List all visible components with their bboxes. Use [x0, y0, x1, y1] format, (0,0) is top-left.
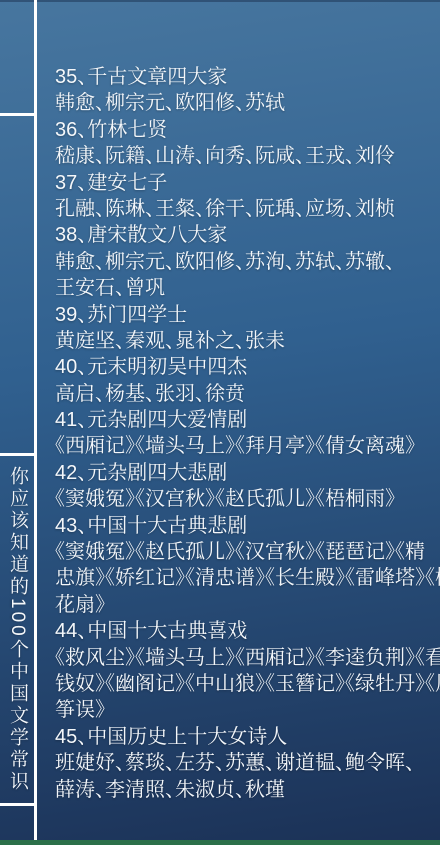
cjk-punct: 、 — [165, 249, 175, 275]
cjk-punct: 《 — [415, 645, 425, 671]
cjk-punct: 《 — [55, 539, 65, 565]
cjk-punct: 《 — [425, 565, 435, 591]
cjk-punct: 《 — [135, 539, 145, 565]
cjk-punct: 、 — [235, 90, 245, 116]
cjk-punct: 、 — [95, 249, 105, 275]
cjk-punct: 》 — [405, 433, 415, 459]
cjk-punct: 、 — [77, 64, 87, 90]
cjk-punct: 《 — [55, 486, 65, 512]
cjk-punct: 《 — [185, 565, 195, 591]
cjk-punct: 、 — [285, 249, 295, 275]
entry-detail-line: 《救风尘》《墙头马上》《西厢记》《李逵负荆》《看 — [55, 645, 437, 671]
cjk-punct: 、 — [95, 381, 105, 407]
cjk-punct: 、 — [195, 143, 205, 169]
series-title-pre: 你应该知道的 — [7, 466, 28, 598]
entry-detail-line: 薛涛、李清照、朱淑贞、秋瑾 — [55, 777, 437, 803]
entry-heading: 38、唐宋散文八大家 — [55, 222, 437, 248]
cjk-punct: 、 — [115, 328, 125, 354]
cjk-punct: 、 — [335, 750, 345, 776]
cjk-punct: 、 — [385, 249, 395, 275]
cjk-punct: 、 — [235, 777, 245, 803]
sidebar-divider-top — [0, 113, 34, 116]
entry-heading: 35、千古文章四大家 — [55, 64, 437, 90]
cjk-punct: 、 — [77, 460, 87, 486]
entry-heading: 45、中国历史上十大女诗人 — [55, 724, 437, 750]
entry-detail-line: 王安石、曾巩 — [55, 275, 437, 301]
cjk-punct: 《 — [345, 565, 355, 591]
sidebar-separator-line — [34, 0, 37, 840]
entry-heading: 39、苏门四学士 — [55, 302, 437, 328]
entry-heading: 36、竹林七贤 — [55, 117, 437, 143]
cjk-punct: 、 — [295, 196, 305, 222]
cjk-punct: 《 — [135, 433, 145, 459]
cjk-punct: 、 — [235, 328, 245, 354]
cjk-punct: 、 — [77, 618, 87, 644]
entry-detail-line: 钱奴》《幽阁记》《中山狼》《玉簪记》《绿牡丹》《风 — [55, 671, 437, 697]
series-title-number: 100 — [7, 598, 28, 639]
list-entry: 41、元杂剧四大爱情剧 《西厢记》《墙头马上》《拜月亭》《倩女离魂》 — [55, 407, 437, 460]
cjk-punct: 《 — [55, 645, 65, 671]
cjk-punct: 、 — [195, 381, 205, 407]
sidebar-divider-mid — [0, 453, 34, 456]
entry-heading: 43、中国十大古典悲剧 — [55, 513, 437, 539]
entry-detail-line: 花扇》 — [55, 592, 437, 618]
list-entry: 38、唐宋散文八大家 韩愈、柳宗元、欧阳修、苏洵、苏轼、苏辙、王安石、曾巩 — [55, 222, 437, 301]
cjk-punct: 《 — [135, 645, 145, 671]
entry-heading: 42、元杂剧四大悲剧 — [55, 460, 437, 486]
list-entry: 35、千古文章四大家 韩愈、柳宗元、欧阳修、苏轼 — [55, 64, 437, 117]
entry-detail-line: 孔融、陈琳、王粲、徐干、阮瑀、应场、刘桢 — [55, 196, 437, 222]
cjk-punct: 、 — [215, 750, 225, 776]
list-entry: 40、元末明初吴中四杰 高启、杨基、张羽、徐贲 — [55, 354, 437, 407]
cjk-punct: 》 — [95, 592, 105, 618]
entry-detail-line: 韩愈、柳宗元、欧阳修、苏轼 — [55, 90, 437, 116]
cjk-punct: 、 — [95, 90, 105, 116]
cjk-punct: 《 — [135, 486, 145, 512]
cjk-punct: 、 — [295, 143, 305, 169]
entry-detail-line: 嵇康、阮籍、山涛、向秀、阮咸、王戎、刘伶 — [55, 143, 437, 169]
cjk-punct: 《 — [105, 565, 115, 591]
cjk-punct: 、 — [165, 777, 175, 803]
cjk-punct: 、 — [195, 196, 205, 222]
cjk-punct: 、 — [245, 143, 255, 169]
bottom-accent-bar — [0, 840, 440, 845]
list-entry: 39、苏门四学士 黄庭坚、秦观、晁补之、张耒 — [55, 302, 437, 355]
cjk-punct: 、 — [115, 750, 125, 776]
cjk-punct: 、 — [335, 249, 345, 275]
entry-detail-line: 忠旗》《娇红记》《清忠谱》《长生殿》《雷峰塔》《桃 — [55, 565, 437, 591]
cjk-punct: 《 — [55, 433, 65, 459]
cjk-punct: 、 — [165, 328, 175, 354]
cjk-punct: 、 — [77, 407, 87, 433]
entry-heading: 41、元杂剧四大爱情剧 — [55, 407, 437, 433]
cjk-punct: 《 — [425, 671, 435, 697]
cjk-punct: 《 — [235, 645, 245, 671]
cjk-punct: 、 — [405, 750, 415, 776]
entry-heading: 44、中国十大古典喜戏 — [55, 618, 437, 644]
cjk-punct: 、 — [245, 196, 255, 222]
entry-heading: 40、元末明初吴中四杰 — [55, 354, 437, 380]
cjk-punct: 、 — [235, 249, 245, 275]
cjk-punct: 、 — [95, 143, 105, 169]
cjk-punct: 、 — [77, 302, 87, 328]
entry-detail-line: 筝误》 — [55, 697, 437, 723]
cjk-punct: 《 — [395, 539, 405, 565]
series-title-post: 个中国文学常识 — [7, 639, 28, 793]
entry-detail-line: 黄庭坚、秦观、晁补之、张耒 — [55, 328, 437, 354]
entry-detail-line: 《窦娥冤》《汉宫秋》《赵氏孤儿》《梧桐雨》 — [55, 486, 437, 512]
cjk-punct: 《 — [315, 433, 325, 459]
cjk-punct: 、 — [165, 750, 175, 776]
cjk-punct: 》 — [385, 486, 395, 512]
literature-facts-infographic: 你应该知道的100个中国文学常识 35、千古文章四大家 韩愈、柳宗元、欧阳修、苏… — [0, 0, 440, 845]
entry-heading: 37、建安七子 — [55, 170, 437, 196]
list-entry: 43、中国十大古典悲剧 《窦娥冤》《赵氏孤儿》《汉宫秋》《琵琶记》《精忠旗》《娇… — [55, 513, 437, 619]
entry-detail-line: 班婕妤、蔡琰、左芬、苏蕙、谢道韫、鲍令晖、 — [55, 750, 437, 776]
cjk-punct: 《 — [345, 671, 355, 697]
cjk-punct: 《 — [315, 539, 325, 565]
list-entry: 45、中国历史上十大女诗人 班婕妤、蔡琰、左芬、苏蕙、谢道韫、鲍令晖、薛涛、李清… — [55, 724, 437, 803]
cjk-punct: 、 — [115, 275, 125, 301]
fact-list: 35、千古文章四大家 韩愈、柳宗元、欧阳修、苏轼 36、竹林七贤 嵇康、阮籍、山… — [55, 64, 437, 803]
top-edge — [0, 0, 440, 2]
entry-detail-line: 《窦娥冤》《赵氏孤儿》《汉宫秋》《琵琶记》《精 — [55, 539, 437, 565]
cjk-punct: 《 — [235, 539, 245, 565]
cjk-punct: 、 — [77, 354, 87, 380]
cjk-punct: 、 — [95, 777, 105, 803]
entry-detail-line: 韩愈、柳宗元、欧阳修、苏洵、苏轼、苏辙、 — [55, 249, 437, 275]
cjk-punct: 、 — [77, 513, 87, 539]
cjk-punct: 、 — [77, 170, 87, 196]
cjk-punct: 、 — [345, 196, 355, 222]
cjk-punct: 、 — [77, 724, 87, 750]
cjk-punct: 、 — [95, 196, 105, 222]
list-entry: 44、中国十大古典喜戏 《救风尘》《墙头马上》《西厢记》《李逵负荆》《看钱奴》《… — [55, 618, 437, 724]
cjk-punct: 、 — [265, 750, 275, 776]
cjk-punct: 《 — [235, 433, 245, 459]
series-title-vertical: 你应该知道的100个中国文学常识 — [0, 457, 34, 802]
cjk-punct: 《 — [265, 565, 275, 591]
list-entry: 36、竹林七贤 嵇康、阮籍、山涛、向秀、阮咸、王戎、刘伶 — [55, 117, 437, 170]
cjk-punct: 《 — [315, 645, 325, 671]
cjk-punct: 《 — [315, 486, 325, 512]
sidebar-divider-bottom — [0, 803, 34, 806]
cjk-punct: 《 — [215, 486, 225, 512]
cjk-punct: 、 — [165, 90, 175, 116]
cjk-punct: 《 — [265, 671, 275, 697]
cjk-punct: 、 — [145, 381, 155, 407]
cjk-punct: 、 — [145, 196, 155, 222]
list-entry: 42、元杂剧四大悲剧 《窦娥冤》《汉宫秋》《赵氏孤儿》《梧桐雨》 — [55, 460, 437, 513]
cjk-punct: 》 — [95, 697, 105, 723]
cjk-punct: 《 — [185, 671, 195, 697]
cjk-punct: 、 — [77, 117, 87, 143]
cjk-punct: 、 — [345, 143, 355, 169]
cjk-punct: 、 — [77, 222, 87, 248]
cjk-punct: 、 — [145, 143, 155, 169]
entry-detail-line: 高启、杨基、张羽、徐贲 — [55, 381, 437, 407]
list-entry: 37、建安七子 孔融、陈琳、王粲、徐干、阮瑀、应场、刘桢 — [55, 170, 437, 223]
entry-detail-line: 《西厢记》《墙头马上》《拜月亭》《倩女离魂》 — [55, 433, 437, 459]
cjk-punct: 《 — [105, 671, 115, 697]
